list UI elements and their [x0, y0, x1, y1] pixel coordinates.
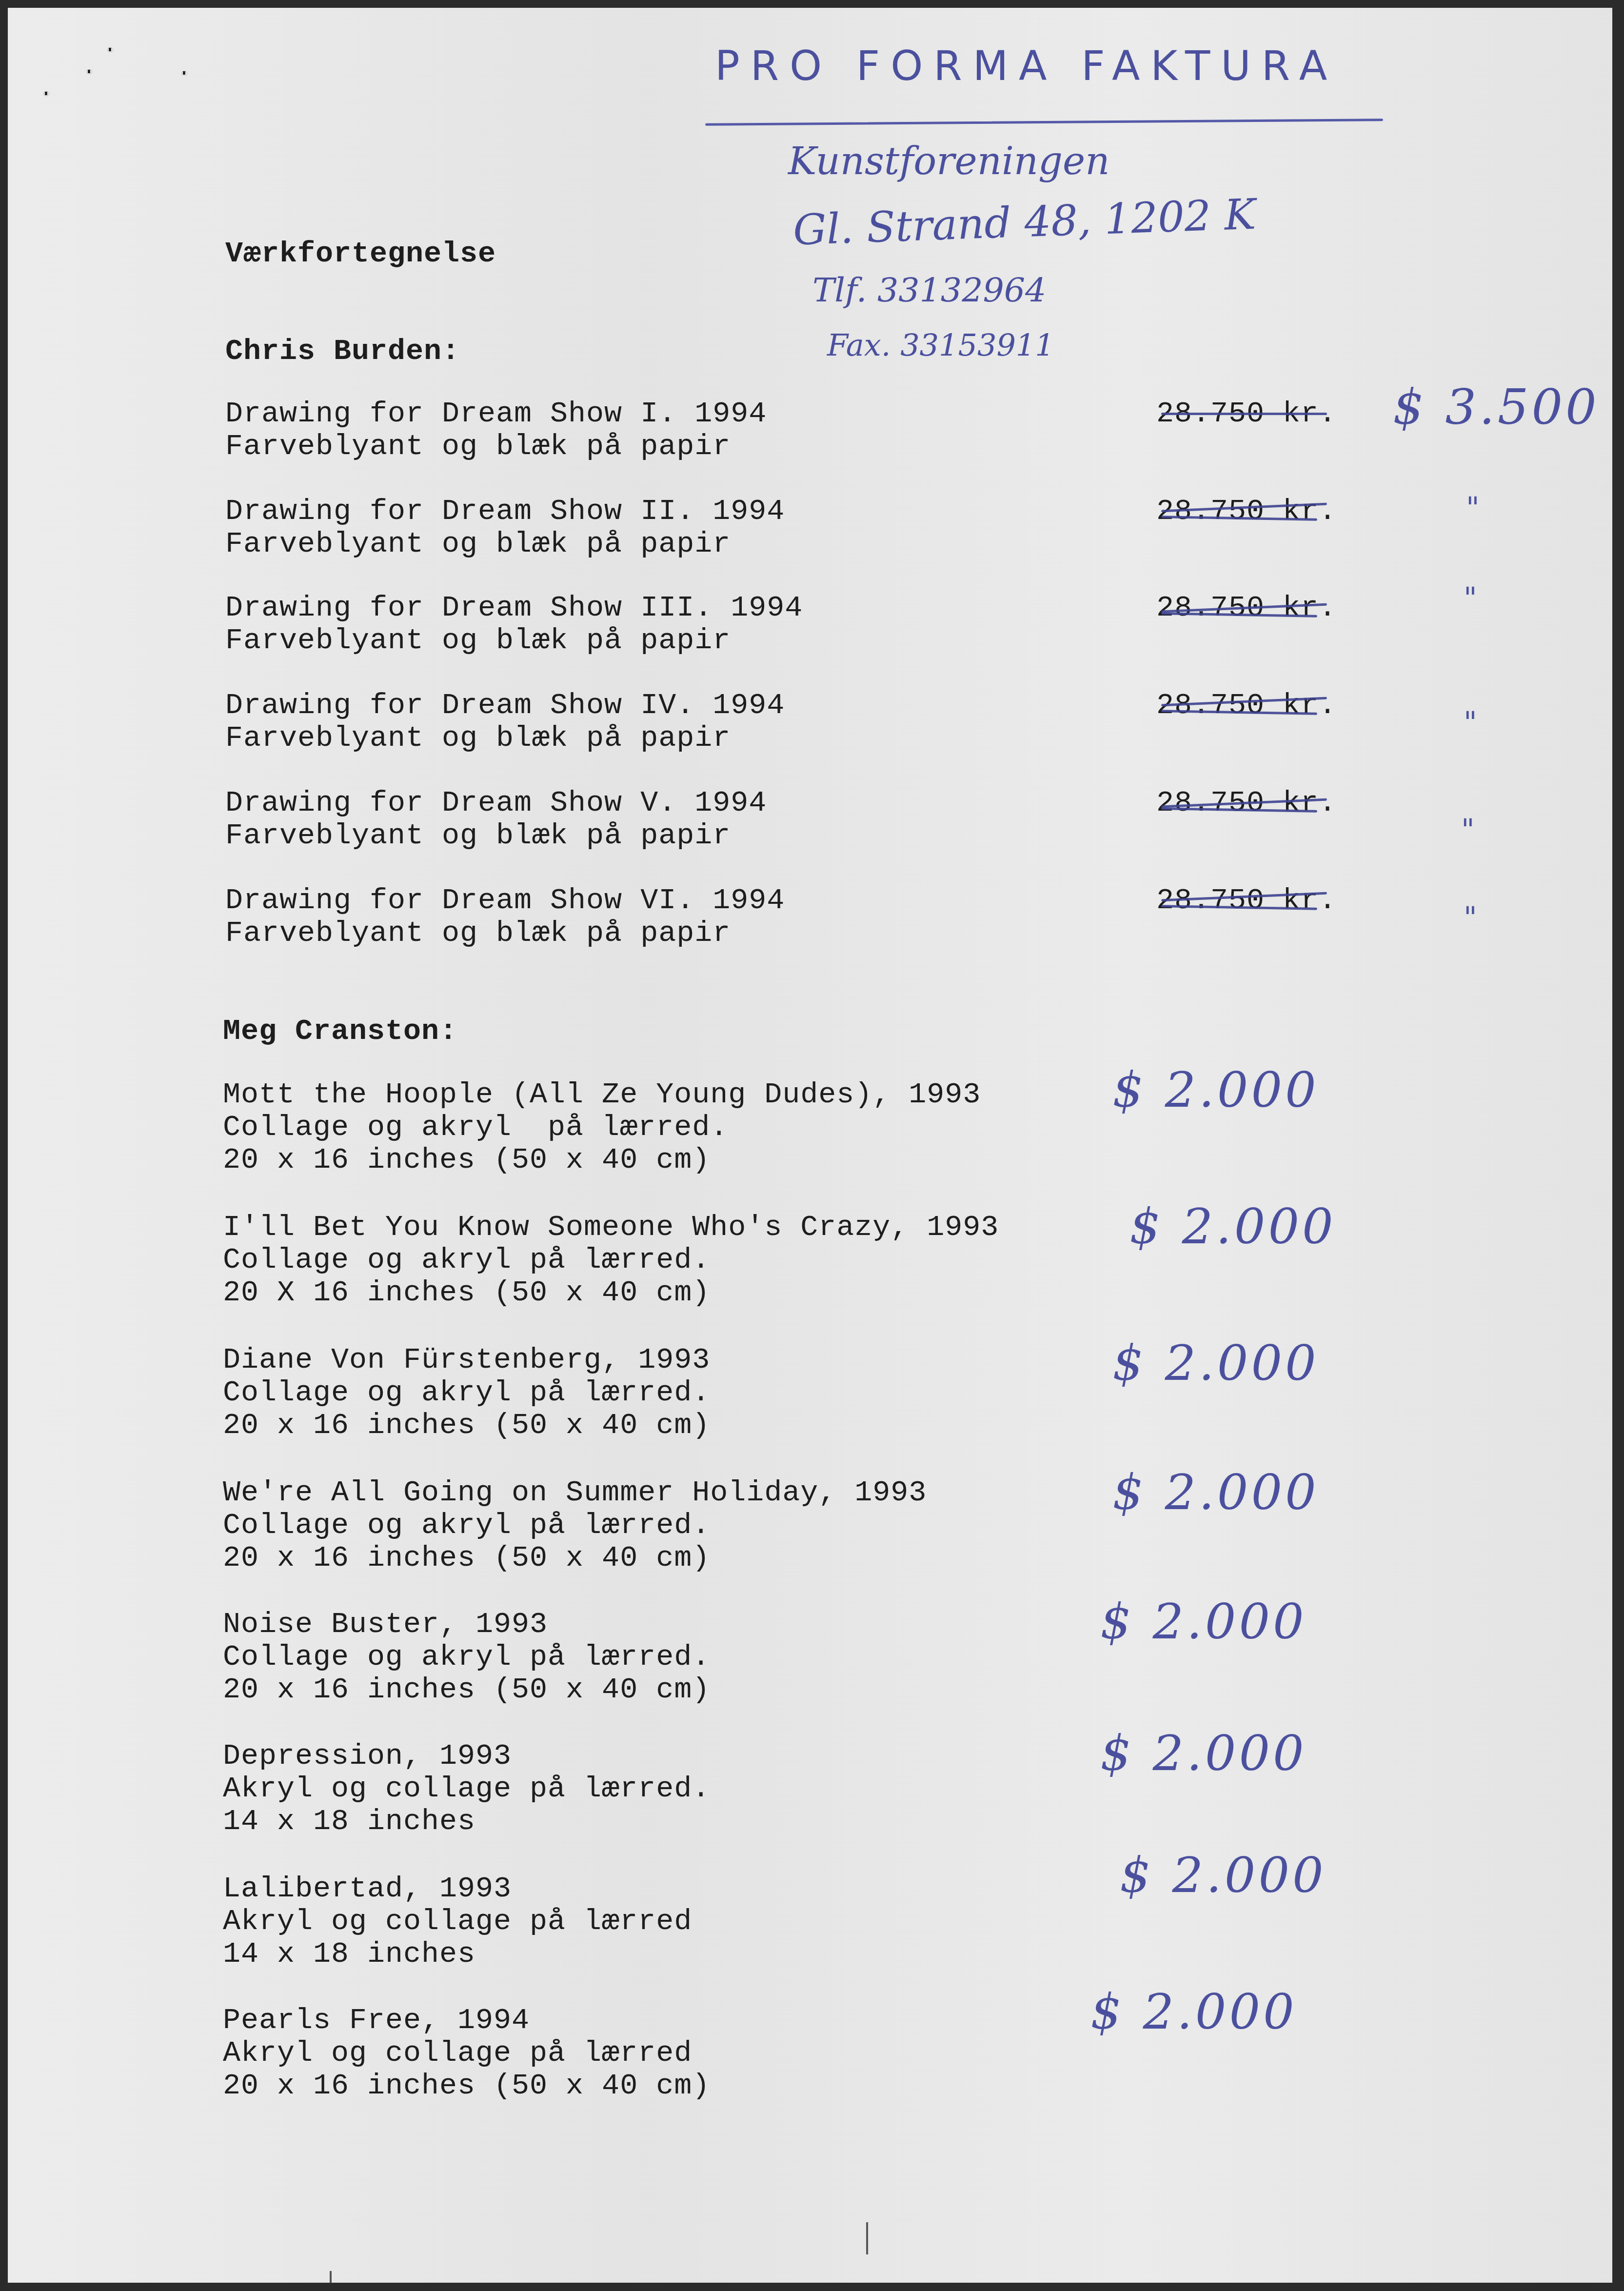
work-title: Drawing for Dream Show III. 1994: [225, 592, 803, 625]
work-title: I'll Bet You Know Someone Who's Crazy, 1…: [223, 1212, 999, 1244]
work-medium: Farveblyant og blæk på papir: [225, 625, 803, 657]
typed-price-struck: 28.750 kr.: [1156, 885, 1337, 917]
work-title: Drawing for Dream Show I. 1994: [225, 398, 767, 431]
work-entry: Drawing for Dream Show IV. 1994Farveblya…: [225, 690, 785, 755]
work-entry: Pearls Free, 1994Akryl og collage på lær…: [223, 2005, 710, 2103]
scanned-paper: PRO FORMA FAKTURA Kunstforeningen Gl. St…: [8, 8, 1612, 2283]
work-entry: Noise Buster, 1993Collage og akryl på læ…: [223, 1609, 710, 1707]
work-medium: Farveblyant og blæk på papir: [225, 528, 785, 561]
handwritten-address-line: Gl. Strand 48, 1202 K: [792, 190, 1257, 255]
staple-hole: [43, 91, 50, 97]
handwritten-price: $ 2.000: [1100, 1593, 1307, 1650]
work-size: 14 x 18 inches: [223, 1938, 692, 1971]
handwritten-price: $ 2.000: [1112, 1464, 1319, 1521]
work-title: Drawing for Dream Show VI. 1994: [225, 885, 785, 917]
work-medium: Collage og akryl på lærred.: [223, 1641, 710, 1674]
handwritten-price: $ 2.000: [1129, 1198, 1336, 1255]
handwritten-price: $ 2.000: [1112, 1061, 1319, 1118]
work-title: Drawing for Dream Show IV. 1994: [225, 690, 785, 722]
work-medium: Akryl og collage på lærred.: [223, 1773, 710, 1806]
typed-price-struck: 28.750 kr.: [1156, 496, 1337, 528]
handwritten-address-line: Tlf. 33132964: [812, 271, 1046, 310]
work-entry: Drawing for Dream Show VI. 1994Farveblya…: [225, 885, 785, 950]
work-medium: Collage og akryl på lærred.: [223, 1244, 999, 1277]
staple-hole: [181, 70, 188, 76]
work-entry: Drawing for Dream Show I. 1994Farveblyan…: [225, 398, 767, 463]
work-medium: Akryl og collage på lærred: [223, 1906, 692, 1938]
work-size: 20 X 16 inches (50 x 40 cm): [223, 1277, 999, 1310]
work-title: Noise Buster, 1993: [223, 1609, 710, 1641]
staple-hole: [86, 69, 93, 75]
work-entry: Depression, 1993Akryl og collage på lærr…: [223, 1740, 710, 1838]
work-medium: Collage og akryl på lærred.: [223, 1510, 927, 1542]
work-entry: I'll Bet You Know Someone Who's Crazy, 1…: [223, 1212, 999, 1310]
work-title: We're All Going on Summer Holiday, 1993: [223, 1477, 927, 1510]
artist-heading: Meg Cranston:: [223, 1016, 457, 1048]
work-medium: Akryl og collage på lærred: [223, 2037, 710, 2070]
work-title: Drawing for Dream Show II. 1994: [225, 496, 785, 528]
handwritten-price: $ 2.000: [1090, 1983, 1297, 2040]
handwritten-price: $ 3.500: [1393, 379, 1600, 436]
work-medium: Farveblyant og blæk på papir: [225, 917, 785, 950]
handwritten-price: $ 2.000: [1100, 1725, 1307, 1782]
handwritten-ditto-mark: ": [1466, 491, 1480, 525]
work-entry: Drawing for Dream Show V. 1994Farveblyan…: [225, 787, 767, 853]
work-medium: Collage og akryl på lærred.: [223, 1377, 710, 1410]
handwritten-title: PRO FORMA FAKTURA: [715, 42, 1338, 90]
handwritten-underline: [705, 119, 1383, 126]
typed-price-struck: 28.750 kr.: [1156, 690, 1337, 722]
document-title: Værkfortegnelse: [225, 238, 496, 271]
staple-hole: [107, 47, 114, 53]
work-medium: Collage og akryl på lærred.: [223, 1112, 981, 1144]
work-size: 20 x 16 inches (50 x 40 cm): [223, 1410, 710, 1442]
strikethrough-mark: [1161, 413, 1327, 415]
handwritten-price: $ 2.000: [1112, 1335, 1319, 1392]
scan-scratch: [866, 2222, 868, 2254]
work-size: 20 x 16 inches (50 x 40 cm): [223, 1542, 927, 1575]
work-size: 14 x 18 inches: [223, 1806, 710, 1838]
work-entry: Drawing for Dream Show II. 1994Farveblya…: [225, 496, 785, 561]
handwritten-ditto-mark: ": [1464, 705, 1477, 739]
work-size: 20 x 16 inches (50 x 40 cm): [223, 1674, 710, 1707]
work-title: Drawing for Dream Show V. 1994: [225, 787, 767, 820]
work-entry: Lalibertad, 1993Akryl og collage på lærr…: [223, 1873, 692, 1971]
work-size: 20 x 16 inches (50 x 40 cm): [223, 1144, 981, 1177]
work-entry: Drawing for Dream Show III. 1994Farvebly…: [225, 592, 803, 657]
handwritten-address-line: Fax. 33153911: [827, 327, 1054, 363]
work-entry: Mott the Hoople (All Ze Young Dudes), 19…: [223, 1079, 981, 1177]
artist-heading: Chris Burden:: [225, 336, 460, 368]
work-title: Mott the Hoople (All Ze Young Dudes), 19…: [223, 1079, 981, 1112]
work-medium: Farveblyant og blæk på papir: [225, 722, 785, 755]
handwritten-ditto-mark: ": [1464, 581, 1477, 615]
work-entry: Diane Von Fürstenberg, 1993Collage og ak…: [223, 1344, 710, 1442]
work-title: Diane Von Fürstenberg, 1993: [223, 1344, 710, 1377]
work-entry: We're All Going on Summer Holiday, 1993C…: [223, 1477, 927, 1575]
work-size: 20 x 16 inches (50 x 40 cm): [223, 2070, 710, 2103]
handwritten-ditto-mark: ": [1461, 813, 1475, 847]
handwritten-price: $ 2.000: [1120, 1847, 1327, 1904]
work-title: Pearls Free, 1994: [223, 2005, 710, 2037]
work-title: Lalibertad, 1993: [223, 1873, 692, 1906]
handwritten-ditto-mark: ": [1464, 900, 1477, 935]
work-medium: Farveblyant og blæk på papir: [225, 431, 767, 463]
work-title: Depression, 1993: [223, 1740, 710, 1773]
scan-scratch: [330, 2271, 332, 2283]
handwritten-address-line: Kunstforeningen: [788, 139, 1109, 183]
work-medium: Farveblyant og blæk på papir: [225, 820, 767, 853]
